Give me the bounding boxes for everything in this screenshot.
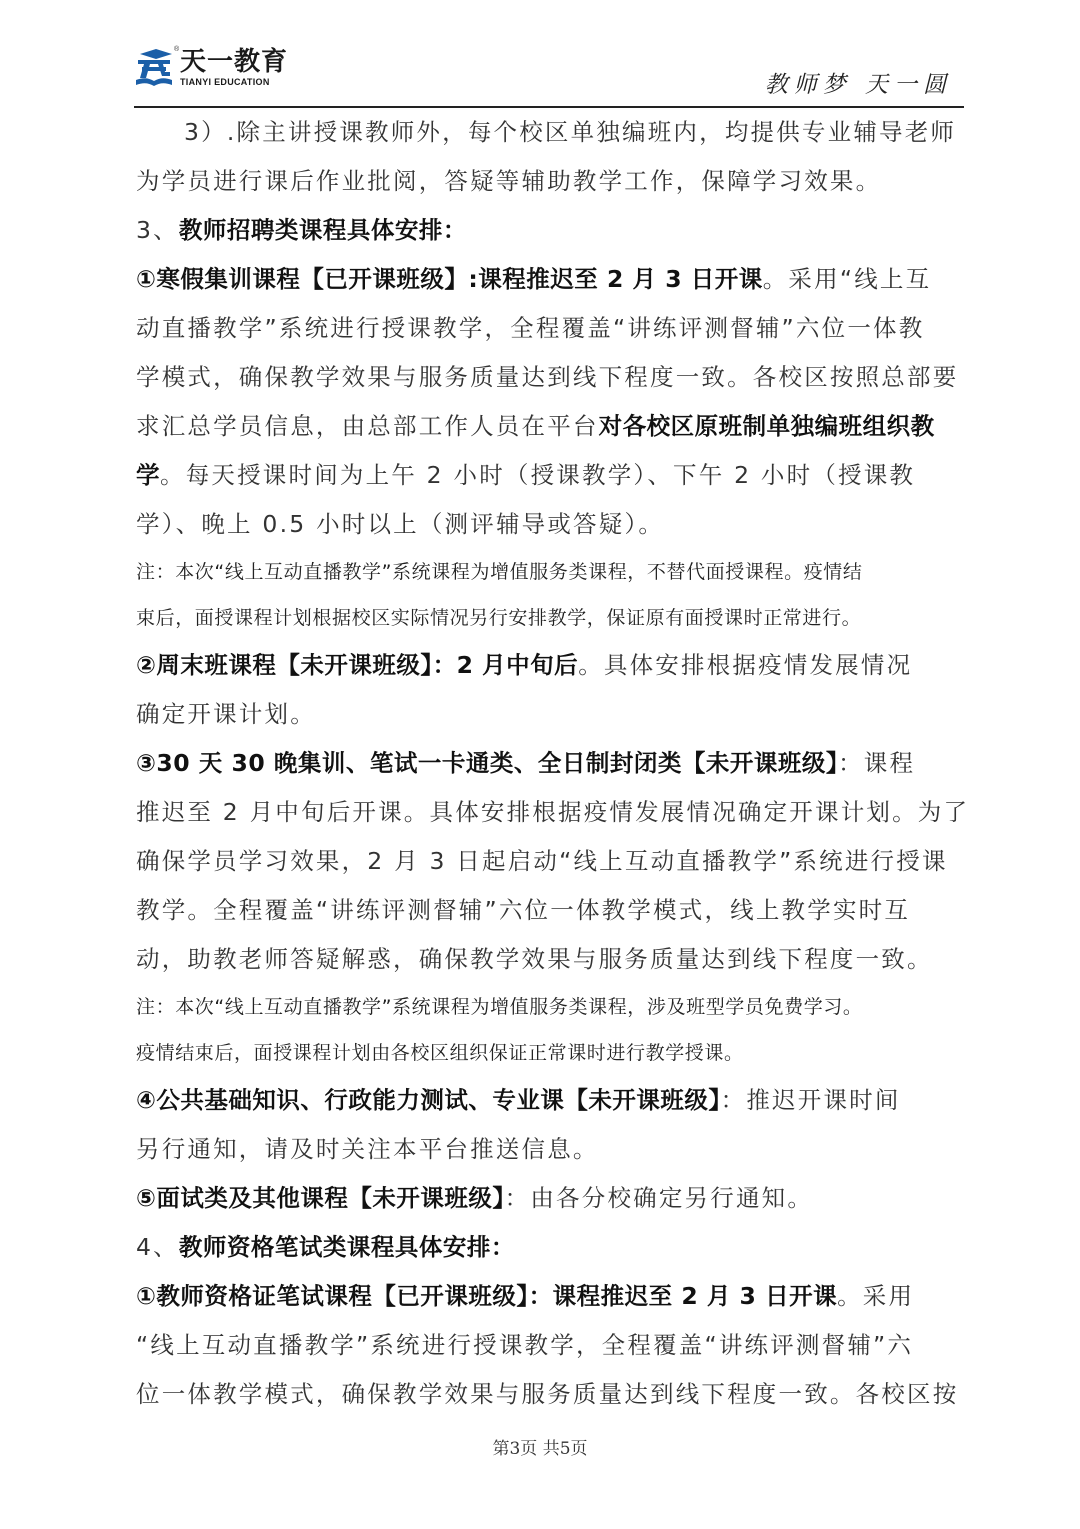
item-text: 。采用“线上互 — [763, 265, 932, 293]
item-title: ⑤面试类及其他课程【未开课班级】 — [136, 1184, 505, 1212]
page-indicator: 第3页 共5页 — [0, 1434, 1080, 1459]
item-heading: ②周末班课程【未开课班级】：2 月中旬后。具体安排根据疫情发展情况 — [136, 641, 966, 690]
paragraph-line: 推迟至 2 月中旬后开课。具体安排根据疫情发展情况确定开课计划。为了 — [136, 788, 966, 837]
emphasis-text: 对各校区原班制单独编班组织教 — [599, 412, 935, 440]
brand-logo: ® 天一教育 TIANYI EDUCATION — [134, 48, 288, 88]
paragraph-line: 动直播教学”系统进行授课教学，全程覆盖“讲练评测督辅”六位一体教 — [136, 304, 966, 353]
paragraph-line: 3）.除主讲授课教师外，每个校区单独编班内，均提供专业辅导老师 — [136, 108, 966, 157]
item-text: 求汇总学员信息，由总部工作人员在平台 — [136, 412, 599, 440]
paragraph-line: 另行通知，请及时关注本平台推送信息。 — [136, 1125, 966, 1174]
item-heading: ⑤面试类及其他课程【未开课班级】：由各分校确定另行通知。 — [136, 1174, 966, 1223]
item-heading: ③30 天 30 晚集训、笔试一卡通类、全日制封闭类【未开课班级】：课程 — [136, 739, 966, 788]
note-line: 注：本次“线上互动直播教学”系统课程为增值服务类课程，不替代面授课程。疫情结 — [136, 549, 966, 595]
section-heading-3: 3、教师招聘类课程具体安排： — [136, 206, 966, 255]
item-text: ：推迟开课时间 — [721, 1086, 901, 1114]
item-text: 。采用 — [837, 1282, 914, 1310]
note-line: 束后，面授课程计划根据校区实际情况另行安排教学，保证原有面授课时正常进行。 — [136, 595, 966, 641]
item-text: 。具体安排根据疫情发展情况 — [578, 651, 912, 679]
item-title: ①寒假集训课程【已开课班级】:课程推迟至 2 月 3 日开课 — [136, 265, 763, 293]
paragraph-line: 学）、晚上 0.5 小时以上（测评辅导或答疑）。 — [136, 500, 966, 549]
section-title: 教师招聘类课程具体安排： — [179, 216, 467, 244]
paragraph-line: 为学员进行课后作业批阅，答疑等辅助教学工作，保障学习效果。 — [136, 157, 966, 206]
paragraph-line: 确保学员学习效果，2 月 3 日起启动“线上互动直播教学”系统进行授课 — [136, 837, 966, 886]
brand-name-cn: 天一教育 — [180, 48, 288, 76]
item-title: ④公共基础知识、行政能力测试、专业课【未开课班级】 — [136, 1086, 721, 1114]
paragraph-line: 确定开课计划。 — [136, 690, 966, 739]
section-number: 3、 — [136, 216, 179, 244]
item-text: 。每天授课时间为上午 2 小时（授课教学）、下午 2 小时（授课教 — [160, 461, 915, 489]
note-line: 疫情结束后，面授课程计划由各校区组织保证正常课时进行教学授课。 — [136, 1030, 966, 1076]
item-text: ：课程 — [838, 749, 915, 777]
section-heading-4: 4、教师资格笔试类课程具体安排： — [136, 1223, 966, 1272]
item-heading: ①教师资格证笔试课程【已开课班级】：课程推迟至 2 月 3 日开课。采用 — [136, 1272, 966, 1321]
header-slogan: 教师梦 天一圆 — [765, 66, 952, 99]
registered-mark: ® — [174, 46, 179, 53]
page-header: ® 天一教育 TIANYI EDUCATION 教师梦 天一圆 — [134, 40, 964, 106]
item-title: ③30 天 30 晚集训、笔试一卡通类、全日制封闭类【未开课班级】 — [136, 749, 838, 777]
paragraph-line: 学。每天授课时间为上午 2 小时（授课教学）、下午 2 小时（授课教 — [136, 451, 966, 500]
emphasis-text: 学 — [136, 461, 160, 489]
item-heading: ④公共基础知识、行政能力测试、专业课【未开课班级】：推迟开课时间 — [136, 1076, 966, 1125]
section-title: 教师资格笔试类课程具体安排： — [179, 1233, 515, 1261]
item-text: ：由各分校确定另行通知。 — [505, 1184, 813, 1212]
brand-name-en: TIANYI EDUCATION — [180, 77, 288, 87]
paragraph-line: “线上互动直播教学”系统进行授课教学，全程覆盖“讲练评测督辅”六 — [136, 1321, 966, 1370]
item-title: ②周末班课程【未开课班级】：2 月中旬后 — [136, 651, 578, 679]
paragraph-line: 求汇总学员信息，由总部工作人员在平台对各校区原班制单独编班组织教 — [136, 402, 966, 451]
paragraph-line: 位一体教学模式，确保教学效果与服务质量达到线下程度一致。各校区按 — [136, 1370, 966, 1419]
note-line: 注：本次“线上互动直播教学”系统课程为增值服务类课程，涉及班型学员免费学习。 — [136, 984, 966, 1030]
tianyi-logo-icon — [134, 48, 174, 88]
paragraph-line: 学模式，确保教学效果与服务质量达到线下程度一致。各校区按照总部要 — [136, 353, 966, 402]
paragraph-line: 教学。全程覆盖“讲练评测督辅”六位一体教学模式，线上教学实时互 — [136, 886, 966, 935]
item-title: ①教师资格证笔试课程【已开课班级】：课程推迟至 2 月 3 日开课 — [136, 1282, 837, 1310]
paragraph-line: 动，助教老师答疑解惑，确保教学效果与服务质量达到线下程度一致。 — [136, 935, 966, 984]
section-number: 4、 — [136, 1233, 179, 1261]
document-body: 3）.除主讲授课教师外，每个校区单独编班内，均提供专业辅导老师 为学员进行课后作… — [136, 108, 966, 1419]
item-heading: ①寒假集训课程【已开课班级】:课程推迟至 2 月 3 日开课。采用“线上互 — [136, 255, 966, 304]
